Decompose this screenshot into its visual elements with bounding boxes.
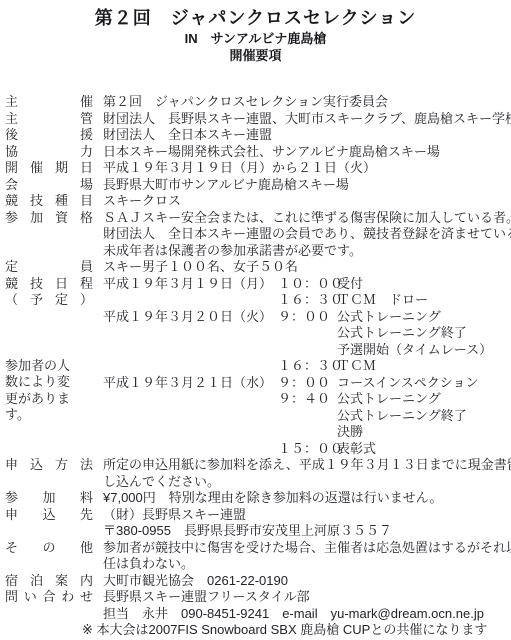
schedule-date: 平成１９年３月２１日（水） [103,375,278,392]
schedule-entry: １５：００表彰式 [103,441,511,458]
text-line: スキークロス [103,193,511,210]
row-content: 長野県スキー連盟フリースタイル部担当 永井 090-8451-9241 e-ma… [103,589,511,622]
schedule-entry: 公式トレーニング終了 [103,325,511,342]
row-label: 定員 [5,259,93,276]
schedule-time: １６：３０ [278,292,330,309]
text-line: 〒380-0955 長野県長野市安茂里上河原３５５７ [103,523,511,540]
schedule-event: 受付 [337,276,363,293]
text-line: 平成１９年３月１９日（月）から２１日（火） [103,160,511,177]
schedule-time: ９：００ [278,375,330,392]
row-label: 協力 [5,144,93,161]
document-heading: 開催要項 [0,47,511,64]
row-content: 大町市観光協会 0261-22-0190 [103,573,511,590]
document-title: 第２回 ジャパンクロスセレクション [0,6,511,30]
row-label: 会場 [5,177,93,194]
info-row: 主催第２回 ジャパンクロスセレクション実行委員会 [0,94,511,111]
text-line: 第２回 ジャパンクロスセレクション実行委員会 [103,94,511,111]
schedule-event: 公式トレーニング終了 [337,408,467,425]
row-content: ¥7,000円 特別な理由を除き参加料の返還は行いません。 [103,490,511,507]
schedule-event: 予選開始（タイムレース） [337,342,492,359]
row-content: 長野県大町市サンアルビナ鹿島槍スキー場 [103,177,511,194]
schedule-entry: 公式トレーニング終了 [103,408,511,425]
text-line: 担当 永井 090-8451-9241 e-mail yu-mark@dream… [103,606,511,623]
row-label: 主管 [5,111,93,128]
info-row: 競技種目スキークロス [0,193,511,210]
info-row: 協力日本スキー場開発株式会社、サンアルビナ鹿島槍スキー場 [0,144,511,161]
schedule-label: 競技日程 [5,276,93,293]
info-rows-section: 主催第２回 ジャパンクロスセレクション実行委員会主管財団法人 長野県スキー連盟、… [0,94,511,276]
row-label: その他 [5,540,93,557]
schedule-side-note: 参加者の人数により変更があります。 [5,358,75,424]
info-row: 開催期日平成１９年３月１９日（月）から２１日（火） [0,160,511,177]
schedule-section: 競技日程 （予定） 参加者の人数により変更があります。 平成１９年３月１９日（月… [0,276,511,458]
schedule-entry: 平成１９年３月２１日（水）９：００コースインスペクション [103,375,511,392]
schedule-entry: １６：３０ＴＣＭ [103,358,511,375]
info-row: 参加料¥7,000円 特別な理由を除き参加料の返還は行いません。 [0,490,511,507]
schedule-date: 平成１９年３月１９日（月） [103,276,278,293]
schedule-entry: 平成１９年３月２０日（火）９：００公式トレーニング [103,309,511,326]
info-row: 宿泊案内大町市観光協会 0261-22-0190 [0,573,511,590]
text-line: ＳＡＪスキー安全会または、これに準ずる傷害保険に加入している者。 [103,210,511,227]
row-content: 日本スキー場開発株式会社、サンアルビナ鹿島槍スキー場 [103,144,511,161]
row-label: 主催 [5,94,93,111]
schedule-event: 決勝 [337,424,363,441]
row-content: 所定の申込用紙に参加料を添え、平成１９年３月１３日までに現金書留にて申し込んでく… [103,457,511,490]
schedule-entries: 平成１９年３月１９日（月）１０：００受付１６：３０ＴＣＭ ドロー平成１９年３月２… [103,276,511,458]
row-content: ＳＡＪスキー安全会または、これに準ずる傷害保険に加入している者。財団法人 全日本… [103,210,511,260]
text-line: 参加者が競技中に傷害を受けた場合、主催者は応急処置はするがそれ以降の責 [103,540,511,557]
schedule-entry: １６：３０ＴＣＭ ドロー [103,292,511,309]
schedule-time: １５：００ [278,441,330,458]
info-row: 主管財団法人 長野県スキー連盟、大町市スキークラブ、鹿島槍スキー学校 [0,111,511,128]
text-line: 財団法人 全日本スキー連盟の会員であり、競技者登録を済ませている者。 [103,226,511,243]
text-line: 日本スキー場開発株式会社、サンアルビナ鹿島槍スキー場 [103,144,511,161]
row-content: スキークロス [103,193,511,210]
row-label: 申込方法 [5,457,93,474]
row-content: スキー男子１００名、女子５０名 [103,259,511,276]
text-line: （財）長野県スキー連盟 [103,507,511,524]
info-row: その他参加者が競技中に傷害を受けた場合、主催者は応急処置はするがそれ以降の責任は… [0,540,511,573]
text-line: 所定の申込用紙に参加料を添え、平成１９年３月１３日までに現金書留にて申 [103,457,511,474]
text-line: 長野県スキー連盟フリースタイル部 [103,589,511,606]
info-row: 会場長野県大町市サンアルビナ鹿島槍スキー場 [0,177,511,194]
text-line: 任は負わない。 [103,556,511,573]
text-line: 大町市観光協会 0261-22-0190 [103,573,511,590]
schedule-time: ９：４０ [278,391,330,408]
row-label: 開催期日 [5,160,93,177]
text-line: し込んでください。 [103,474,511,491]
schedule-time: ９：００ [278,309,330,326]
text-line: 未成年者は保護者の参加承諾書が必要です。 [103,243,511,260]
schedule-event: 表彰式 [337,441,376,458]
row-label: 問い合わせ [5,589,93,606]
schedule-entry: 平成１９年３月１９日（月）１０：００受付 [103,276,511,293]
info-row: 参加資格ＳＡＪスキー安全会または、これに準ずる傷害保険に加入している者。財団法人… [0,210,511,260]
info-row: 後援財団法人 全日本スキー連盟 [0,127,511,144]
row-label: 参加資格 [5,210,93,227]
schedule-event: ＴＣＭ [337,358,376,375]
row-label: 競技種目 [5,193,93,210]
schedule-event: 公式トレーニング [337,391,441,408]
schedule-label-tentative: （予定） [5,292,93,309]
row-content: 財団法人 全日本スキー連盟 [103,127,511,144]
info-row: 申込方法所定の申込用紙に参加料を添え、平成１９年３月１３日までに現金書留にて申し… [0,457,511,490]
text-line: 長野県大町市サンアルビナ鹿島槍スキー場 [103,177,511,194]
schedule-event: コースインスペクション [337,375,478,392]
schedule-time: １０：００ [278,276,330,293]
row-content: 第２回 ジャパンクロスセレクション実行委員会 [103,94,511,111]
text-line: スキー男子１００名、女子５０名 [103,259,511,276]
info-row: 問い合わせ長野県スキー連盟フリースタイル部担当 永井 090-8451-9241… [0,589,511,622]
schedule-label-cell: 競技日程 （予定） 参加者の人数により変更があります。 [0,276,93,424]
text-line: ¥7,000円 特別な理由を除き参加料の返還は行いません。 [103,490,511,507]
row-label: 参加料 [5,490,93,507]
row-label: 申込先 [5,507,93,524]
schedule-entry: 予選開始（タイムレース） [103,342,511,359]
info-row: 定員スキー男子１００名、女子５０名 [0,259,511,276]
event-location-subtitle: IN サンアルビナ鹿島槍 [0,30,511,47]
detail-rows-section: 申込方法所定の申込用紙に参加料を添え、平成１９年３月１３日までに現金書留にて申し… [0,457,511,622]
row-content: 参加者が競技中に傷害を受けた場合、主催者は応急処置はするがそれ以降の責任は負わな… [103,540,511,573]
row-content: 財団法人 長野県スキー連盟、大町市スキークラブ、鹿島槍スキー学校 [103,111,511,128]
schedule-entry: 決勝 [103,424,511,441]
schedule-date: 平成１９年３月２０日（火） [103,309,278,326]
row-label: 宿泊案内 [5,573,93,590]
text-line: 財団法人 全日本スキー連盟 [103,127,511,144]
document-body: 主催第２回 ジャパンクロスセレクション実行委員会主管財団法人 長野県スキー連盟、… [0,94,511,639]
row-label: 後援 [5,127,93,144]
schedule-event: 公式トレーニング [337,309,441,326]
text-line: 財団法人 長野県スキー連盟、大町市スキークラブ、鹿島槍スキー学校 [103,111,511,128]
schedule-time: １６：３０ [278,358,330,375]
schedule-entry: ９：４０公式トレーニング [103,391,511,408]
row-content: （財）長野県スキー連盟〒380-0955 長野県長野市安茂里上河原３５５７ [103,507,511,540]
event-outline-document: 第２回 ジャパンクロスセレクション IN サンアルビナ鹿島槍 開催要項 主催第２… [0,0,511,640]
info-row: 申込先（財）長野県スキー連盟〒380-0955 長野県長野市安茂里上河原３５５７ [0,507,511,540]
schedule-event: 公式トレーニング終了 [337,325,467,342]
schedule-event: ＴＣＭ ドロー [337,292,428,309]
row-content: 平成１９年３月１９日（月）から２１日（火） [103,160,511,177]
footer-note: ※ 本大会は2007FIS Snowboard SBX 鹿島槍 CUPとの共催に… [82,622,511,639]
